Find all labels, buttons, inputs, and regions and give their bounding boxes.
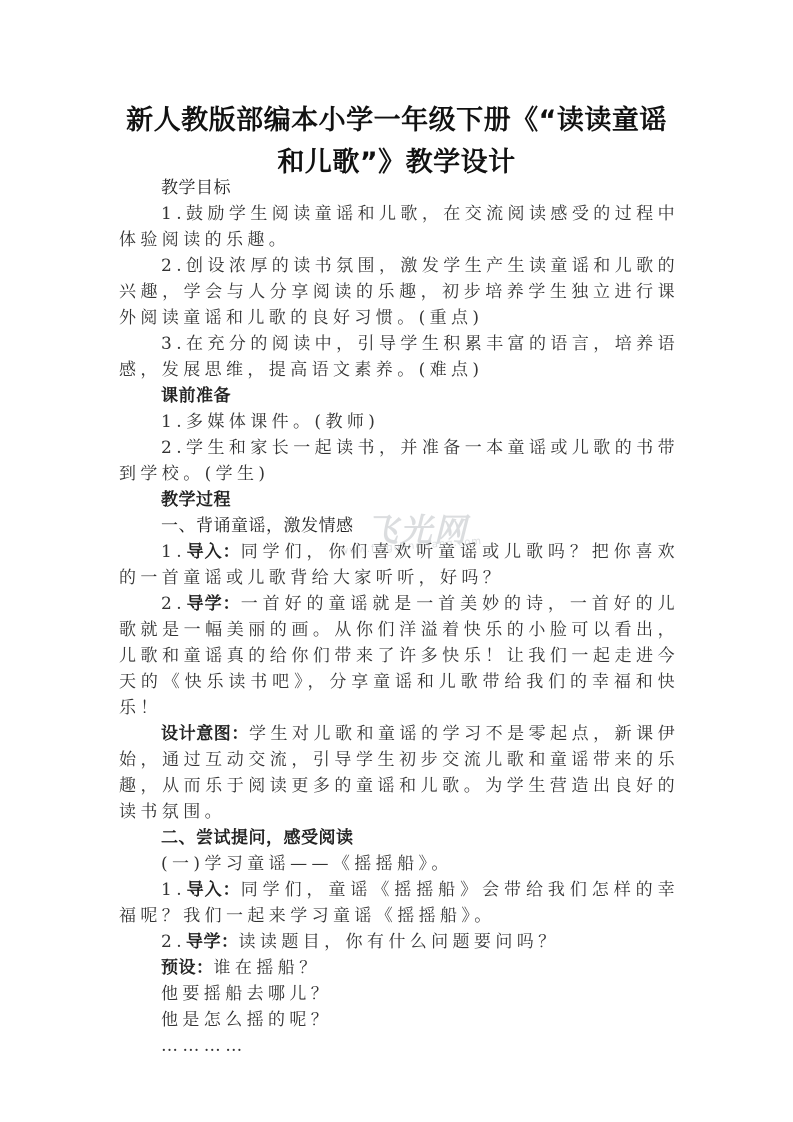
goal-item-2: 2.创设浓厚的读书氛围，激发学生产生读童谣和儿歌的兴趣，学会与人分享阅读的乐趣，… [119,253,679,331]
part1-guide-num: 2. [161,594,186,614]
part2-question-2: 他要摇船去哪儿？ [119,981,679,1007]
part2-preset-text: 谁在摇船？ [214,958,321,978]
document-title-line-2: 和儿歌”》教学设计 [100,140,693,179]
part1-intro-label: 导入： [186,542,241,562]
prep-item-2: 2.学生和家长一起读书，并准备一本童谣或儿歌的书带到学校。(学生) [119,435,679,487]
part1-guide-label: 导学： [186,594,241,614]
part2-guide-label: 导学： [186,932,239,952]
part1-heading: 一、背诵童谣，激发情感 [119,513,679,539]
part1-design-intent: 设计意图：学生对儿歌和童谣的学习不是零起点，新课伊始，通过互动交流，引导学生初步… [119,721,679,825]
document-title-line-1: 新人教版部编本小学一年级下册《“读读童谣 [100,98,693,137]
section-heading-goals: 教学目标 [119,175,679,201]
prep-item-1: 1.多媒体课件。(教师) [119,409,679,435]
part2-ellipsis: ………… [119,1033,679,1059]
part2-question-3: 他是怎么摇的呢？ [119,1007,679,1033]
part2-preset: 预设：谁在摇船？ [119,955,679,981]
part2-intro: 1.导入：同学们，童谣《摇摇船》会带给我们怎样的幸福呢？我们一起来学习童谣《摇摇… [119,877,679,929]
part1-intro-num: 1. [161,542,186,562]
goal-item-3: 3.在充分的阅读中，引导学生积累丰富的语言，培养语感，发展思维，提高语文素养。(… [119,331,679,383]
document-page: 新人教版部编本小学一年级下册《“读读童谣 和儿歌”》教学设计 教学目标 1.鼓励… [0,0,793,1122]
part1-guide: 2.导学：一首好的童谣就是一首美妙的诗，一首好的儿歌就是一幅美丽的画。从你们洋溢… [119,591,679,721]
goal-item-1: 1.鼓励学生阅读童谣和儿歌，在交流阅读感受的过程中体验阅读的乐趣。 [119,201,679,253]
part2-sub-heading: (一)学习童谣——《摇摇船》。 [119,851,679,877]
section-heading-prep: 课前准备 [119,383,679,409]
part2-preset-label: 预设： [161,958,214,978]
part1-intro: 1.导入：同学们，你们喜欢听童谣或儿歌吗？把你喜欢的一首童谣或儿歌背给大家听听，… [119,539,679,591]
document-body: 教学目标 1.鼓励学生阅读童谣和儿歌，在交流阅读感受的过程中体验阅读的乐趣。 2… [119,175,679,1059]
part1-design-label: 设计意图： [161,724,249,744]
part2-guide-text: 读读题目，你有什么问题要问吗？ [239,932,560,952]
part2-guide: 2.导学：读读题目，你有什么问题要问吗？ [119,929,679,955]
part2-heading: 二、尝试提问，感受阅读 [119,825,679,851]
part2-intro-num: 1. [161,880,186,900]
part2-intro-label: 导入： [186,880,241,900]
section-heading-process: 教学过程 [119,487,679,513]
part2-guide-num: 2. [161,932,186,952]
